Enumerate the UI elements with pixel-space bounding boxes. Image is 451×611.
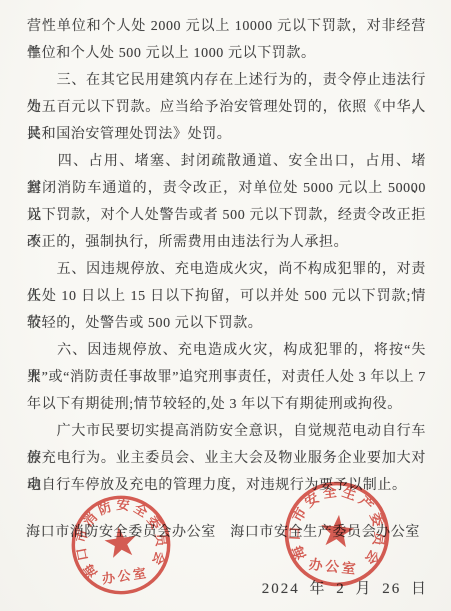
document-body-text: 营性单位和个人处 2000 元以上 10000 元以下罚款，对非经营性单位和个人…	[27, 13, 426, 499]
seal-bottom-text: 办公室	[101, 565, 149, 586]
body-line: 以下罚款，对个人处警告或者 500 元以下罚款，经责令改正拒不	[27, 202, 426, 229]
body-line: 较轻的，处警告或 500 元以下罚款。	[27, 310, 426, 337]
body-line: 处五百元以下罚款。应当给予治安管理处罚的，依照《中华人民	[27, 94, 426, 121]
body-line: 罪”或“消防责任事故罪”追究刑事责任，对责任人处 3 年以上 7	[27, 364, 426, 391]
body-line: 六、因违规停放、充电造成火灾，构成犯罪的，将按“失火	[27, 337, 426, 364]
body-line: 广大市民要切实提高消防安全意识，自觉规范电动自行车停	[27, 418, 426, 445]
body-line: 五、因违规停放、充电造成火灾，尚不构成犯罪的，对责任	[27, 256, 426, 283]
body-line: 共和国治安管理处罚法》处罚。	[27, 121, 426, 148]
body-line: 单位和个人处 500 元以上 1000 元以下罚款。	[27, 40, 426, 67]
official-seal-fire-safety-committee: 海口市消防安全委员会 办公室	[62, 486, 179, 603]
body-line: 改正的，强制执行，所需费用由违法行为人承担。	[27, 229, 426, 256]
body-line: 人处 10 日以上 15 日以下拘留，可以并处 500 元以下罚款;情节	[27, 283, 426, 310]
body-line: 三、在其它民用建筑内存在上述行为的，责令停止违法行为，	[27, 67, 426, 94]
body-line: 营性单位和个人处 2000 元以上 10000 元以下罚款，对非经营性	[27, 13, 426, 40]
body-line: 封闭消防车通道的，责令改正，对单位处 5000 元以上 50000 元	[27, 175, 426, 202]
body-line: 放充电行为。业主委员会、业主大会及物业服务企业要加大对电	[27, 445, 426, 472]
scanned-notice-page: 营性单位和个人处 2000 元以上 10000 元以下罚款，对非经营性单位和个人…	[0, 0, 451, 611]
seal-bottom-text: 办公室	[308, 556, 359, 577]
body-line: 四、占用、堵塞、封闭疏散通道、安全出口，占用、堵塞、	[27, 148, 426, 175]
body-line: 年以下有期徒刑;情节较轻的,处 3 年以下有期徒刑或拘役。	[27, 391, 426, 418]
official-seal-work-safety-committee: 海口市安全生产委员会 办公室	[277, 474, 398, 595]
star-icon	[103, 525, 138, 559]
star-icon	[319, 513, 355, 548]
